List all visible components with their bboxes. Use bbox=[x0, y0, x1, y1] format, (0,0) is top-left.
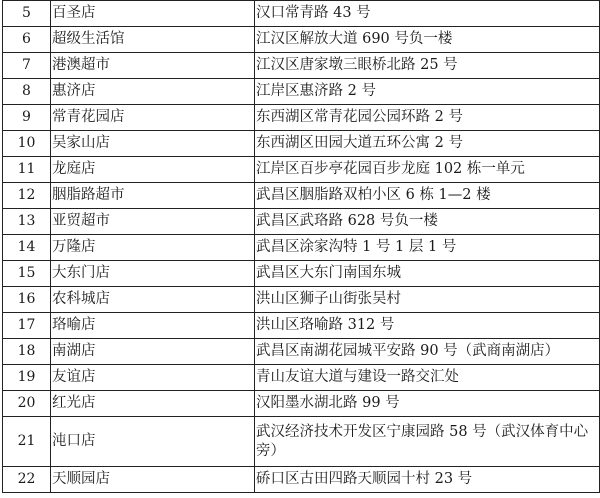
table-row: 17 珞喻店 洪山区珞喻路 312 号 bbox=[3, 313, 600, 339]
table-row: 10 吴家山店 东西湖区田园大道五环公寓 2 号 bbox=[3, 131, 600, 157]
row-number: 5 bbox=[3, 1, 51, 27]
row-number: 9 bbox=[3, 105, 51, 131]
row-number: 6 bbox=[3, 27, 51, 53]
row-number: 21 bbox=[3, 417, 51, 467]
store-address: 硚口区古田四路天顺园十村 23 号 bbox=[255, 467, 600, 493]
store-address: 武昌区武珞路 628 号负一楼 bbox=[255, 209, 600, 235]
store-name: 龙庭店 bbox=[51, 157, 255, 183]
store-address: 武昌区大东门南国东城 bbox=[255, 261, 600, 287]
store-address: 青山友谊大道与建设一路交汇处 bbox=[255, 365, 600, 391]
store-address: 洪山区珞喻路 312 号 bbox=[255, 313, 600, 339]
row-number: 17 bbox=[3, 313, 51, 339]
row-number: 13 bbox=[3, 209, 51, 235]
row-number: 10 bbox=[3, 131, 51, 157]
store-name: 港澳超市 bbox=[51, 53, 255, 79]
store-name: 万隆店 bbox=[51, 235, 255, 261]
table-row: 9 常青花园店 东西湖区常青花园公园环路 2 号 bbox=[3, 105, 600, 131]
store-address: 东西湖区常青花园公园环路 2 号 bbox=[255, 105, 600, 131]
store-name: 吴家山店 bbox=[51, 131, 255, 157]
table-row: 19 友谊店 青山友谊大道与建设一路交汇处 bbox=[3, 365, 600, 391]
store-address: 武汉经济技术开发区宁康园路 58 号（武汉体育中心旁） bbox=[255, 417, 600, 467]
store-name: 珞喻店 bbox=[51, 313, 255, 339]
row-number: 22 bbox=[3, 467, 51, 493]
store-name: 常青花园店 bbox=[51, 105, 255, 131]
table-row: 7 港澳超市 江汉区唐家墩三眼桥北路 25 号 bbox=[3, 53, 600, 79]
table-row: 22 天顺园店 硚口区古田四路天顺园十村 23 号 bbox=[3, 467, 600, 493]
row-number: 14 bbox=[3, 235, 51, 261]
row-number: 11 bbox=[3, 157, 51, 183]
table-row: 18 南湖店 武昌区南湖花园城平安路 90 号（武商南湖店） bbox=[3, 339, 600, 365]
row-number: 8 bbox=[3, 79, 51, 105]
store-name: 友谊店 bbox=[51, 365, 255, 391]
row-number: 20 bbox=[3, 391, 51, 417]
store-name: 大东门店 bbox=[51, 261, 255, 287]
row-number: 7 bbox=[3, 53, 51, 79]
store-address: 洪山区狮子山街张吴村 bbox=[255, 287, 600, 313]
store-name: 天顺园店 bbox=[51, 467, 255, 493]
table-row: 5 百圣店 汉口常青路 43 号 bbox=[3, 1, 600, 27]
store-address: 武昌区南湖花园城平安路 90 号（武商南湖店） bbox=[255, 339, 600, 365]
row-number: 19 bbox=[3, 365, 51, 391]
table-row: 21 沌口店 武汉经济技术开发区宁康园路 58 号（武汉体育中心旁） bbox=[3, 417, 600, 467]
row-number: 16 bbox=[3, 287, 51, 313]
store-name: 百圣店 bbox=[51, 1, 255, 27]
store-name: 胭脂路超市 bbox=[51, 183, 255, 209]
table-row: 15 大东门店 武昌区大东门南国东城 bbox=[3, 261, 600, 287]
store-list-table: 5 百圣店 汉口常青路 43 号 6 超级生活馆 江汉区解放大道 690 号负一… bbox=[2, 0, 600, 493]
store-address: 江岸区惠济路 2 号 bbox=[255, 79, 600, 105]
table-row: 16 农科城店 洪山区狮子山街张吴村 bbox=[3, 287, 600, 313]
store-name: 超级生活馆 bbox=[51, 27, 255, 53]
store-name: 南湖店 bbox=[51, 339, 255, 365]
store-address: 江岸区百步亭花园百步龙庭 102 栋一单元 bbox=[255, 157, 600, 183]
store-address: 东西湖区田园大道五环公寓 2 号 bbox=[255, 131, 600, 157]
store-address: 江汉区解放大道 690 号负一楼 bbox=[255, 27, 600, 53]
store-name: 红光店 bbox=[51, 391, 255, 417]
row-number: 15 bbox=[3, 261, 51, 287]
row-number: 12 bbox=[3, 183, 51, 209]
store-address: 武昌区涂家沟特 1 号 1 层 1 号 bbox=[255, 235, 600, 261]
store-address: 汉口常青路 43 号 bbox=[255, 1, 600, 27]
store-name: 惠济店 bbox=[51, 79, 255, 105]
table-row: 6 超级生活馆 江汉区解放大道 690 号负一楼 bbox=[3, 27, 600, 53]
store-name: 农科城店 bbox=[51, 287, 255, 313]
store-address: 武昌区胭脂路双柏小区 6 栋 1—2 楼 bbox=[255, 183, 600, 209]
row-number: 18 bbox=[3, 339, 51, 365]
store-name: 亚贸超市 bbox=[51, 209, 255, 235]
store-address: 汉阳墨水湖北路 99 号 bbox=[255, 391, 600, 417]
store-address: 江汉区唐家墩三眼桥北路 25 号 bbox=[255, 53, 600, 79]
table-row: 14 万隆店 武昌区涂家沟特 1 号 1 层 1 号 bbox=[3, 235, 600, 261]
table-row: 20 红光店 汉阳墨水湖北路 99 号 bbox=[3, 391, 600, 417]
table-row: 11 龙庭店 江岸区百步亭花园百步龙庭 102 栋一单元 bbox=[3, 157, 600, 183]
table-row: 8 惠济店 江岸区惠济路 2 号 bbox=[3, 79, 600, 105]
table-row: 13 亚贸超市 武昌区武珞路 628 号负一楼 bbox=[3, 209, 600, 235]
table-row: 12 胭脂路超市 武昌区胭脂路双柏小区 6 栋 1—2 楼 bbox=[3, 183, 600, 209]
store-name: 沌口店 bbox=[51, 417, 255, 467]
